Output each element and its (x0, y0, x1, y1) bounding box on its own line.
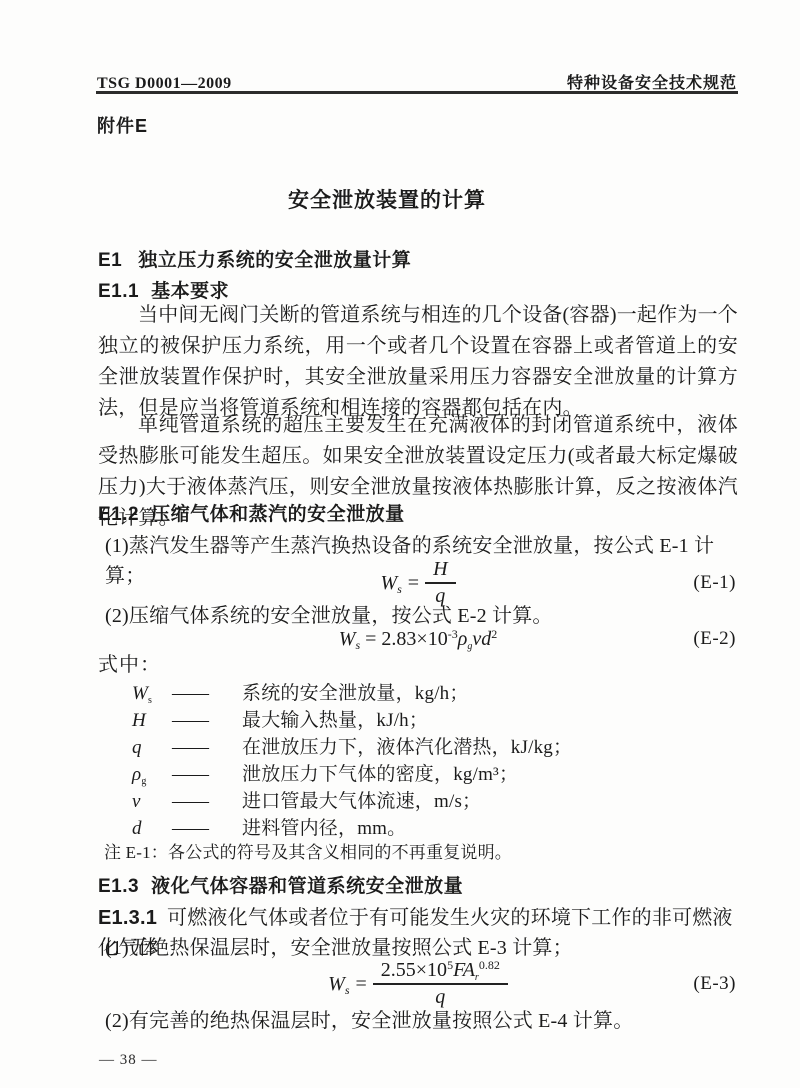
definition-dash: —— (172, 788, 242, 815)
section-number: E1 (98, 250, 122, 271)
symbol: ρg (132, 761, 172, 788)
symbols-vd: vd (472, 628, 491, 650)
symbol: v (132, 788, 172, 815)
document-page: TSG D0001—2009 特种设备安全技术规范 附件E 安全泄放装置的计算 … (0, 0, 800, 1088)
definition-dash: —— (172, 761, 242, 788)
section-title: 独立压力系统的安全泄放量计算 (138, 250, 411, 271)
formula-tag: (E-1) (693, 572, 736, 594)
numerator: 2.55×105FAr0.82 (373, 959, 508, 983)
section-e1-heading: E1独立压力系统的安全泄放量计算 (98, 246, 738, 276)
definition-row: H —— 最大输入热量，kJ/h； (98, 707, 738, 734)
symbol-w-sub: s (397, 582, 402, 596)
coefficient: 2.83×10 (381, 628, 447, 650)
clause-number: E1.3.1 (98, 907, 157, 929)
definition-row: Ws —— 系统的安全泄放量，kg/h； (98, 680, 738, 707)
definition-row: q —— 在泄放压力下，液体汽化潜热，kJ/kg； (98, 734, 738, 761)
section-number: E1.3 (98, 876, 139, 897)
symbol-w-sub: s (345, 983, 350, 997)
definition-text: 在泄放压力下，液体汽化潜热，kJ/kg； (242, 734, 738, 761)
definition-row: v —— 进口管最大气体流速，m/s； (98, 788, 738, 815)
where-label: 式中： (98, 650, 738, 680)
definition-row: d —— 进料管内径，mm。 (98, 815, 738, 842)
definition-text: 泄放压力下气体的密度，kg/m³； (242, 761, 738, 788)
section-title: 液化气体容器和管道系统安全泄放量 (151, 876, 463, 897)
symbol-w: W (380, 572, 397, 594)
definition-dash: —— (172, 707, 242, 734)
page-number: — 38 — (99, 1052, 158, 1069)
formula-tag: (E-3) (693, 973, 736, 995)
page-title: 安全泄放装置的计算 (288, 184, 486, 214)
section-number: E1.1 (98, 281, 139, 302)
definition-list: Ws —— 系统的安全泄放量，kg/h； H —— 最大输入热量，kJ/h； q… (98, 680, 738, 842)
formula-tag: (E-2) (693, 628, 736, 650)
definition-text: 系统的安全泄放量，kg/h； (242, 680, 738, 707)
list-item: (2)有完善的绝热保温层时，安全泄放量按照公式 E-4 计算。 (98, 1006, 745, 1036)
note-e1: 注 E-1：各公式的符号及其含义相同的不再重复说明。 (98, 840, 744, 866)
section-number: E1.2 (98, 504, 139, 525)
section-e1-3-heading: E1.3液化气体容器和管道系统安全泄放量 (98, 872, 738, 902)
symbol-w: W (328, 973, 345, 995)
attachment-label: 附件E (97, 112, 148, 138)
paragraph: 当中间无阀门关断的管道系统与相连的几个设备(容器)一起作为一个独立的被保护压力系… (98, 300, 738, 424)
symbol-d-exponent: 2 (491, 627, 497, 641)
numerator: H (425, 558, 455, 582)
definition-text: 进口管最大气体流速，m/s； (242, 788, 738, 815)
symbol: q (132, 734, 172, 761)
symbol: Ws (132, 680, 172, 707)
header-rule (96, 91, 738, 94)
section-e1-2-heading: E1.2压缩气体和蒸汽的安全泄放量 (98, 500, 738, 530)
formula-body: Ws = 2.55×105FAr0.82 q (328, 959, 508, 1009)
definition-text: 进料管内径，mm。 (242, 815, 738, 842)
formula-body: Ws = 2.83×10-3ρgvd2 (339, 628, 497, 651)
equals-sign: = (365, 628, 376, 651)
definition-dash: —— (172, 815, 242, 842)
doc-title: 特种设备安全技术规范 (567, 70, 737, 93)
section-title: 基本要求 (151, 281, 229, 302)
fraction: 2.55×105FAr0.82 q (373, 959, 508, 1009)
symbol: H (132, 707, 172, 734)
definition-row: ρg —— 泄放压力下气体的密度，kg/m³； (98, 761, 738, 788)
definition-text: 最大输入热量，kJ/h； (242, 707, 738, 734)
definition-dash: —— (172, 734, 242, 761)
equals-sign: = (408, 572, 419, 595)
section-title: 压缩气体和蒸汽的安全泄放量 (151, 504, 405, 525)
symbol-w: W (339, 628, 356, 650)
page-header: TSG D0001—2009 特种设备安全技术规范 (97, 70, 737, 93)
symbol: d (132, 815, 172, 842)
symbol-rho: ρ (458, 628, 468, 650)
coefficient-exponent: -3 (448, 627, 458, 641)
equals-sign: = (356, 973, 367, 996)
definition-dash: —— (172, 680, 242, 707)
